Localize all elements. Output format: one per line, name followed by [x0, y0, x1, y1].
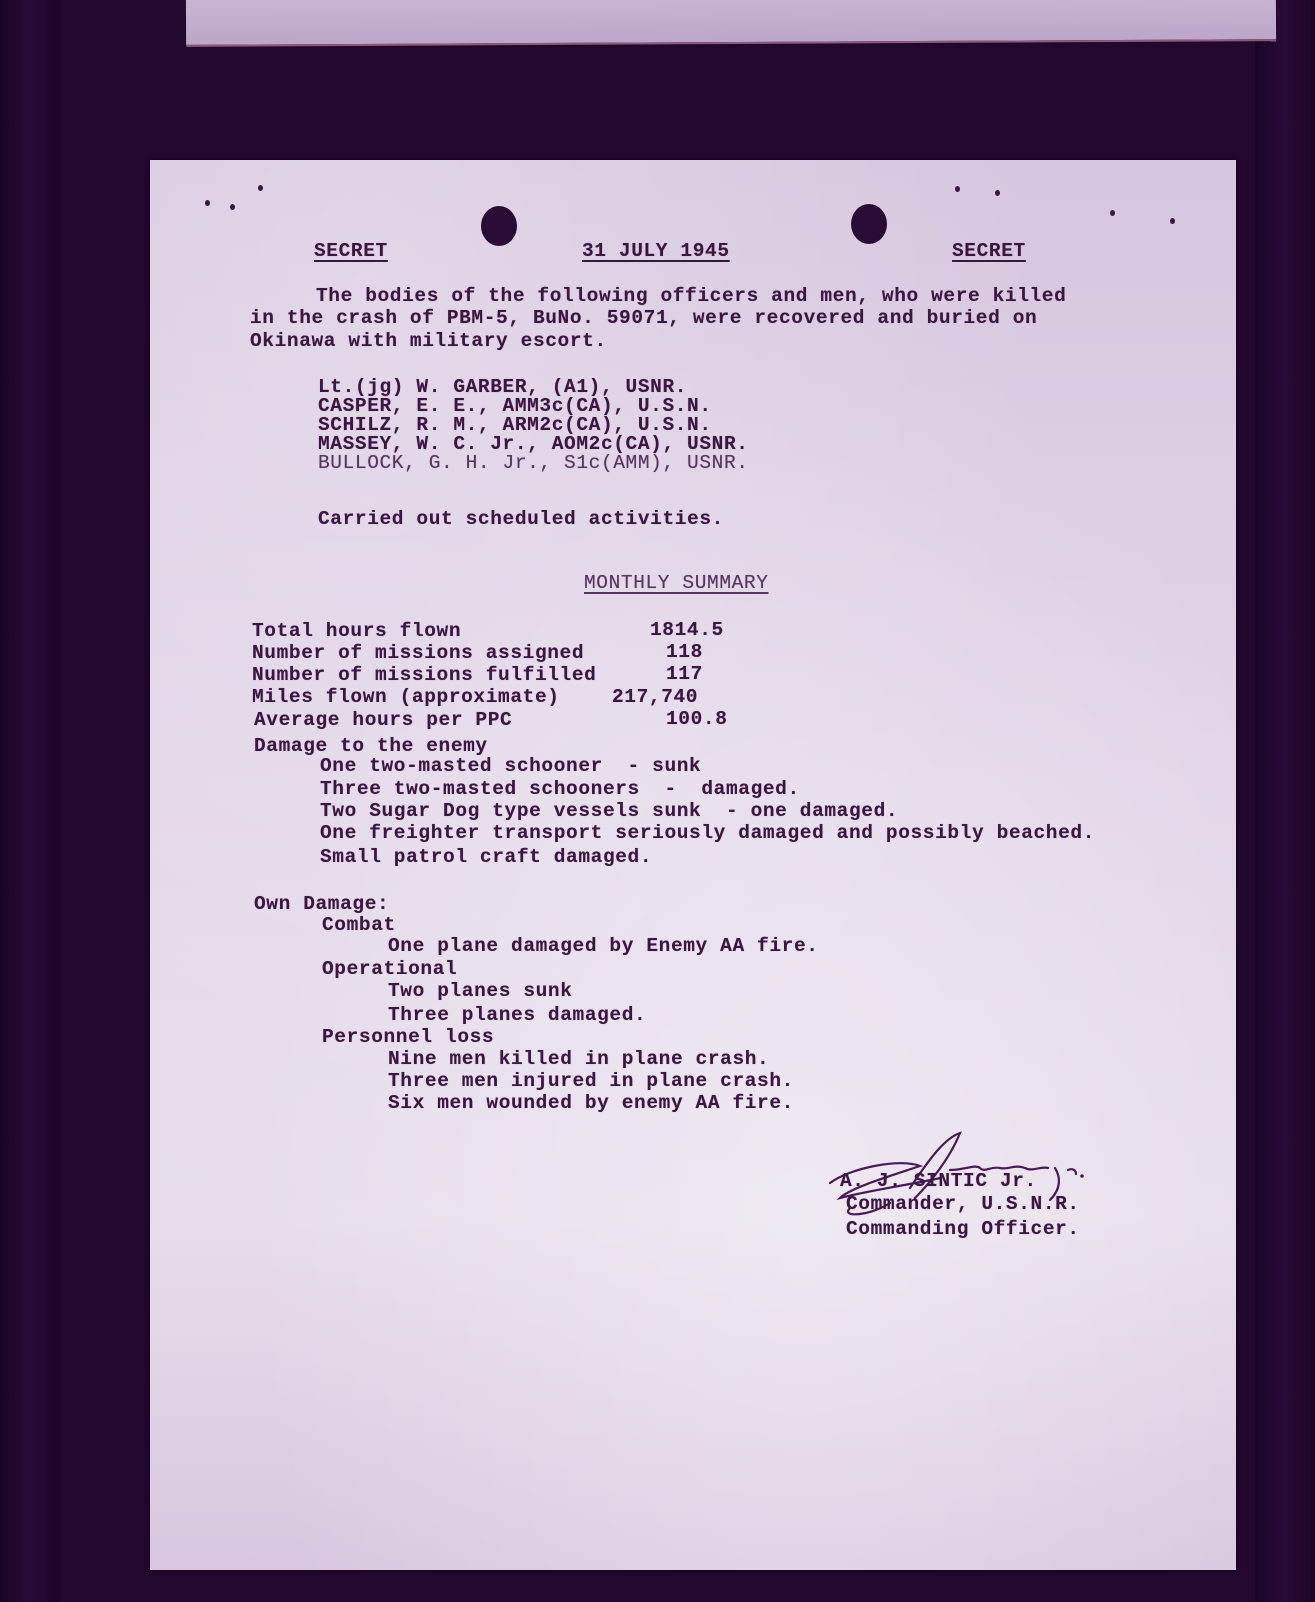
signer-title: Commanding Officer.	[846, 1218, 1080, 1240]
monthly-summary-title: MONTHLY SUMMARY	[584, 572, 769, 594]
speck	[1170, 218, 1175, 224]
stat-label: Miles flown (approximate)	[252, 686, 560, 708]
stat-value: 100.8	[666, 708, 728, 730]
own-damage-item: Three planes damaged.	[388, 1004, 646, 1026]
stat-value: 217,740	[612, 686, 698, 708]
stat-value: 117	[666, 663, 703, 685]
document-date: 31 JULY 1945	[582, 240, 730, 262]
document-page: SECRET 31 JULY 1945 SECRET The bodies of…	[150, 160, 1236, 1570]
signer-rank: Commander, U.S.N.R.	[846, 1193, 1080, 1215]
intro-line-3: Okinawa with military escort.	[250, 330, 607, 352]
enemy-damage-heading: Damage to the enemy	[254, 735, 488, 757]
punch-hole-icon	[851, 204, 887, 244]
film-edge-right	[1255, 0, 1315, 1602]
classification-left: SECRET	[314, 240, 388, 262]
own-damage-heading: Own Damage:	[254, 893, 389, 915]
stat-value: 118	[666, 641, 703, 663]
casualty-entry: BULLOCK, G. H. Jr., S1c(AMM), USNR.	[318, 452, 749, 474]
own-damage-category: Combat	[322, 914, 396, 936]
stat-label: Number of missions assigned	[252, 642, 584, 664]
speck	[230, 204, 235, 210]
speck	[205, 200, 210, 206]
speck	[955, 186, 960, 192]
stat-label: Average hours per PPC	[254, 709, 512, 731]
own-damage-item: One plane damaged by Enemy AA fire.	[388, 935, 819, 957]
speck	[1110, 210, 1115, 216]
own-damage-category: Personnel loss	[322, 1026, 494, 1048]
activities-note: Carried out scheduled activities.	[318, 508, 724, 530]
speck	[258, 185, 263, 191]
enemy-damage-item: One freighter transport seriously damage…	[320, 822, 1095, 844]
stat-value: 1814.5	[650, 619, 724, 641]
classification-right: SECRET	[952, 240, 1026, 262]
own-damage-item: Two planes sunk	[388, 980, 573, 1002]
own-damage-category: Operational	[322, 958, 457, 980]
own-damage-item: Six men wounded by enemy AA fire.	[388, 1092, 794, 1114]
enemy-damage-item: Two Sugar Dog type vessels sunk - one da…	[320, 800, 898, 822]
previous-page-fragment	[186, 0, 1276, 47]
enemy-damage-item: Three two-masted schooners - damaged.	[320, 778, 800, 800]
film-edge-left	[0, 0, 60, 1602]
enemy-damage-item: Small patrol craft damaged.	[320, 846, 652, 868]
enemy-damage-item: One two-masted schooner - sunk	[320, 755, 701, 777]
stat-label: Number of missions fulfilled	[252, 664, 596, 686]
own-damage-item: Nine men killed in plane crash.	[388, 1048, 769, 1070]
signer-name: A. J. SINTIC Jr.	[840, 1170, 1037, 1192]
stat-label: Total hours flown	[252, 620, 461, 642]
speck	[995, 190, 1000, 196]
intro-line-2: in the crash of PBM-5, BuNo. 59071, were…	[250, 307, 1037, 329]
own-damage-item: Three men injured in plane crash.	[388, 1070, 794, 1092]
intro-line-1: The bodies of the following officers and…	[316, 285, 1066, 307]
punch-hole-icon	[481, 206, 517, 246]
